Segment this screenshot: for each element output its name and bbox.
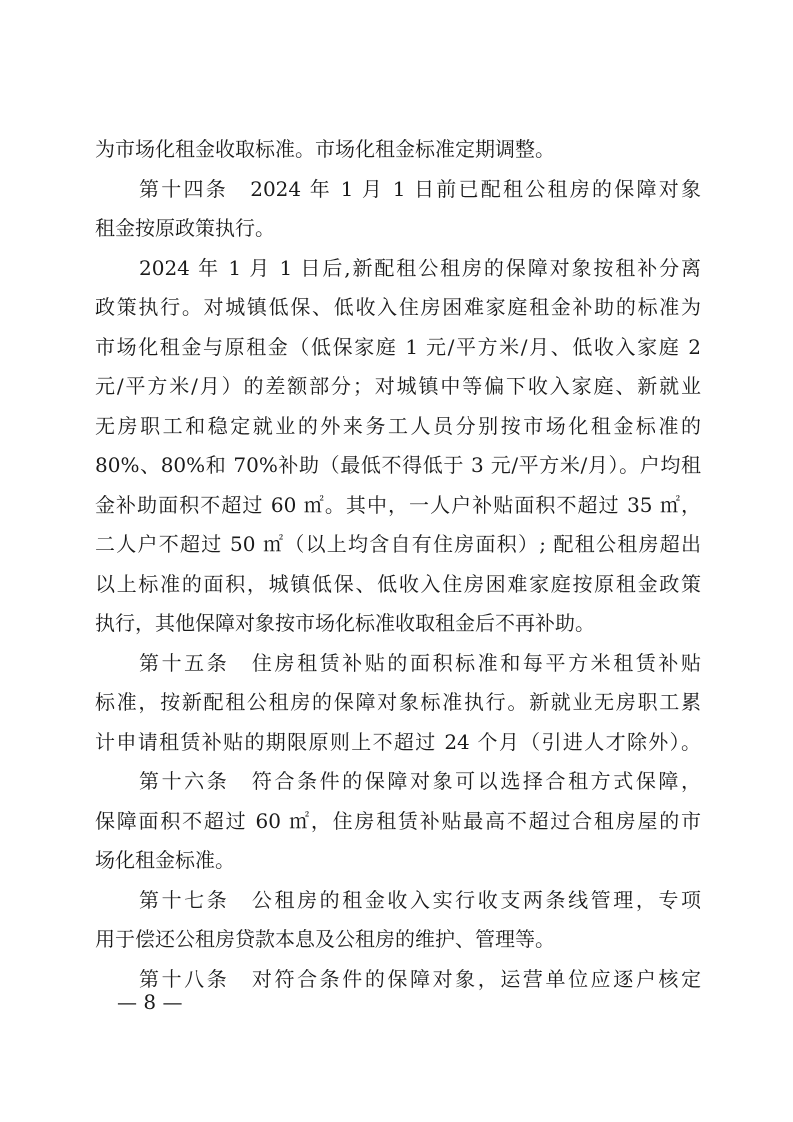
text-line: 二人户不超过 50 ㎡（以上均含自有住房面积）; 配租公租房超出 bbox=[95, 525, 701, 565]
text-line: 标准，按新配租公租房的保障对象标准执行。新就业无房职工累 bbox=[95, 683, 701, 723]
text-line: 元/平方米/月）的差额部分；对城镇中等偏下收入家庭、新就业 bbox=[95, 367, 701, 407]
text-line: 保障面积不超过 60 ㎡，住房租赁补贴最高不超过合租房屋的市 bbox=[95, 802, 701, 842]
text-line: 执行，其他保障对象按市场化标准收取租金后不再补助。 bbox=[95, 604, 701, 644]
text-line: 政策执行。对城镇低保、低收入住房困难家庭租金补助的标准为 bbox=[95, 288, 701, 328]
text-line: 第十五条 住房租赁补贴的面积标准和每平方米租赁补贴 bbox=[95, 644, 701, 684]
document-body: 为市场化租金收取标准。市场化租金标准定期调整。第十四条 2024 年 1 月 1… bbox=[95, 130, 701, 999]
text-line: 用于偿还公租房贷款本息及公租房的维护、管理等。 bbox=[95, 920, 701, 960]
text-line: 2024 年 1 月 1 日后,新配租公租房的保障对象按租补分离 bbox=[95, 249, 701, 289]
text-line: 第十四条 2024 年 1 月 1 日前已配租公租房的保障对象 bbox=[95, 170, 701, 210]
text-line: 租金按原政策执行。 bbox=[95, 209, 701, 249]
text-line: 第十八条 对符合条件的保障对象，运营单位应逐户核定 bbox=[95, 960, 701, 1000]
text-line: 金补助面积不超过 60 ㎡。其中，一人户补贴面积不超过 35 ㎡， bbox=[95, 486, 701, 526]
text-line: 以上标准的面积，城镇低保、低收入住房困难家庭按原租金政策 bbox=[95, 565, 701, 605]
page-number: — 8 — bbox=[117, 991, 182, 1013]
text-line: 市场化租金与原租金（低保家庭 1 元/平方米/月、低收入家庭 2 bbox=[95, 328, 701, 368]
text-line: 80%、80%和 70%补助（最低不得低于 3 元/平方米/月）。户均租 bbox=[95, 446, 701, 486]
text-line: 计申请租赁补贴的期限原则上不超过 24 个月（引进人才除外）。 bbox=[95, 723, 701, 763]
text-line: 场化租金标准。 bbox=[95, 841, 701, 881]
text-line: 第十七条 公租房的租金收入实行收支两条线管理，专项 bbox=[95, 881, 701, 921]
document-page: 为市场化租金收取标准。市场化租金标准定期调整。第十四条 2024 年 1 月 1… bbox=[0, 0, 793, 1122]
text-line: 无房职工和稳定就业的外来务工人员分别按市场化租金标准的 bbox=[95, 407, 701, 447]
text-line: 第十六条 符合条件的保障对象可以选择合租方式保障， bbox=[95, 762, 701, 802]
text-line: 为市场化租金收取标准。市场化租金标准定期调整。 bbox=[95, 130, 701, 170]
